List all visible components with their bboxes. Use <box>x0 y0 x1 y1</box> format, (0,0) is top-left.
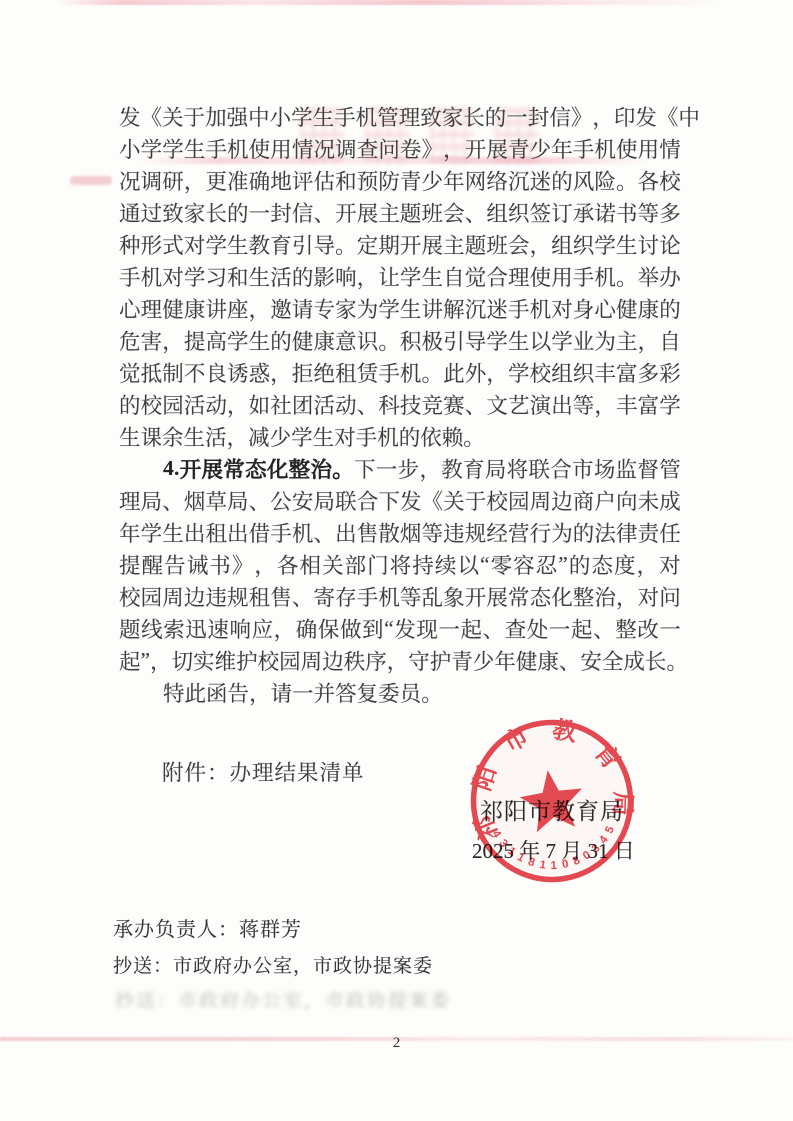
body-line: 心理健康讲座，邀请专家为学生讲解沉迷手机对身心健康的 <box>119 292 681 324</box>
scan-bleed-top-band <box>55 0 725 5</box>
body-line: 通过致家长的一封信、开展主题班会、组织签订承诺书等多 <box>119 196 681 228</box>
body-line: 理局、烟草局、公安局联合下发《关于校园周边商户向未成 <box>119 484 681 516</box>
body-line: 觉抵制不良诱惑，拒绝租赁手机。此外，学校组织丰富多彩 <box>119 356 681 388</box>
body-line: 特此函告，请一并答复委员。 <box>119 676 681 708</box>
body-line: 生课余生活，减少学生对手机的依赖。 <box>119 420 681 452</box>
attachment-line: 附件：办理结果清单 <box>162 756 365 787</box>
body-line: 发《关于加强中小学生手机管理致家长的一封信》，印发《中 <box>119 100 681 132</box>
scan-pink-smudge <box>70 176 112 185</box>
body-line: 的校园活动，如社团活动、科技竞赛、文艺演出等，丰富学 <box>119 388 681 420</box>
body-line: 年学生出租出借手机、出售散烟等违规经营行为的法律责任 <box>119 516 681 548</box>
body-line: 种形式对学生教育引导。定期开展主题班会，组织学生讨论 <box>119 228 681 260</box>
body-line: 况调研，更准确地评估和预防青少年网络沉迷的风险。各校 <box>119 164 681 196</box>
body-line: 起”，切实维护校园周边秩序，守护青少年健康、安全成长。 <box>119 644 681 676</box>
cc-line: 抄送：市政府办公室，市政协提案委 <box>113 951 433 978</box>
body-line: 4.开展常态化整治。下一步，教育局将联合市场监督管 <box>119 452 681 484</box>
page-number: 2 <box>0 1035 793 1052</box>
official-seal: 祁阳市教育局 4311811080345 <box>466 715 638 887</box>
document-page: 发《关于加强中小学生手机管理致家长的一封信》，印发《中小学学生手机使用情况调查问… <box>0 0 793 1121</box>
body-line: 小学学生手机使用情况调查问卷》，开展青少年手机使用情 <box>119 132 681 164</box>
body-line: 手机对学习和生活的影响，让学生自觉合理使用手机。举办 <box>119 260 681 292</box>
body-lines: 发《关于加强中小学生手机管理致家长的一封信》，印发《中小学学生手机使用情况调查问… <box>119 100 681 708</box>
undertaker-line: 承办负责人：蒋群芳 <box>113 913 302 942</box>
body-line: 题线索迅速响应，确保做到“发现一起、查处一起、整改一 <box>119 612 681 644</box>
body-line: 校园周边违规租售、寄存手机等乱象开展常态化整治，对问 <box>119 580 681 612</box>
body-line: 提醒告诫书》，各相关部门将持续以“零容忍”的态度，对 <box>119 548 681 580</box>
cc-ghost-bleed-line: 抄送：市政府办公室，市政协提案委 <box>115 987 451 1013</box>
body-line: 危害，提高学生的健康意识。积极引导学生以学业为主，自 <box>119 324 681 356</box>
